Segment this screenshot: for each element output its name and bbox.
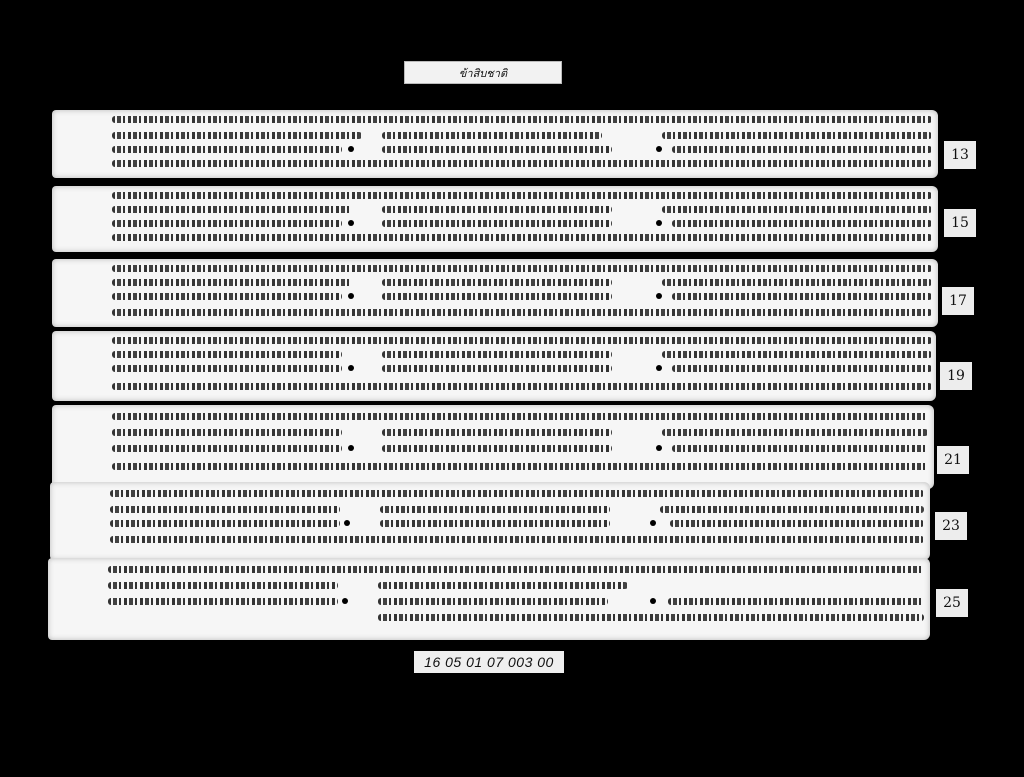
binding-hole <box>344 520 350 526</box>
text-line <box>382 206 612 213</box>
text-line <box>112 365 342 372</box>
text-line <box>110 520 340 527</box>
text-line <box>380 506 610 513</box>
text-line <box>378 614 924 621</box>
binding-hole <box>348 146 354 152</box>
text-line <box>110 536 924 543</box>
text-line <box>110 506 340 513</box>
binding-hole <box>656 445 662 451</box>
text-line <box>112 146 342 153</box>
text-line <box>108 566 924 573</box>
text-line <box>382 351 612 358</box>
page-number-label: 15 <box>944 209 976 237</box>
text-line <box>382 365 612 372</box>
page-number-label: 23 <box>935 512 967 540</box>
text-line <box>112 206 352 213</box>
text-line <box>672 293 932 300</box>
text-line <box>112 429 342 436</box>
text-line <box>382 146 612 153</box>
text-line <box>112 160 932 167</box>
text-line <box>112 234 932 241</box>
binding-hole <box>650 520 656 526</box>
binding-hole <box>650 598 656 604</box>
text-line <box>672 445 928 452</box>
text-line <box>112 279 352 286</box>
binding-hole <box>342 598 348 604</box>
text-line <box>112 463 928 470</box>
binding-hole <box>656 146 662 152</box>
text-line <box>112 116 932 123</box>
text-line <box>662 279 932 286</box>
text-line <box>112 413 928 420</box>
page-number-label: 13 <box>944 141 976 169</box>
text-line <box>662 132 932 139</box>
page-number-label: 25 <box>936 589 968 617</box>
binding-hole <box>348 365 354 371</box>
text-line <box>112 265 932 272</box>
text-line <box>662 429 928 436</box>
text-line <box>382 429 612 436</box>
text-line <box>382 220 612 227</box>
text-line <box>112 351 342 358</box>
text-line <box>378 582 628 589</box>
text-line <box>112 220 342 227</box>
text-line <box>672 220 932 227</box>
text-line <box>670 520 924 527</box>
palm-leaf-25 <box>48 558 930 640</box>
text-line <box>672 146 932 153</box>
palm-leaf-13 <box>52 110 938 178</box>
text-line <box>660 506 924 513</box>
text-line <box>110 490 924 497</box>
text-line <box>112 445 342 452</box>
text-line <box>108 598 338 605</box>
text-line <box>112 293 342 300</box>
page-number-label: 17 <box>942 287 974 315</box>
text-line <box>112 309 932 316</box>
text-line <box>382 132 602 139</box>
palm-leaf-15 <box>52 186 938 252</box>
binding-hole <box>656 220 662 226</box>
text-line <box>112 132 362 139</box>
binding-hole <box>348 445 354 451</box>
text-line <box>112 383 932 390</box>
text-line <box>662 351 932 358</box>
text-line <box>382 445 612 452</box>
manuscript-title-label: ข้าสิบชาติ <box>404 61 562 84</box>
text-line <box>382 279 612 286</box>
text-line <box>378 598 608 605</box>
palm-leaf-21 <box>52 405 934 489</box>
text-line <box>112 337 932 344</box>
text-line <box>668 598 924 605</box>
binding-hole <box>656 293 662 299</box>
palm-leaf-19 <box>52 331 936 401</box>
palm-leaf-17 <box>52 259 938 327</box>
binding-hole <box>656 365 662 371</box>
binding-hole <box>348 220 354 226</box>
page-number-label: 19 <box>940 362 972 390</box>
text-line <box>662 206 932 213</box>
text-line <box>380 520 610 527</box>
text-line <box>108 582 338 589</box>
text-line <box>672 365 932 372</box>
palm-leaf-23 <box>50 482 930 560</box>
text-line <box>112 192 932 199</box>
catalog-code-label: 16 05 01 07 003 00 <box>414 651 564 673</box>
binding-hole <box>348 293 354 299</box>
page-number-label: 21 <box>937 446 969 474</box>
text-line <box>382 293 612 300</box>
